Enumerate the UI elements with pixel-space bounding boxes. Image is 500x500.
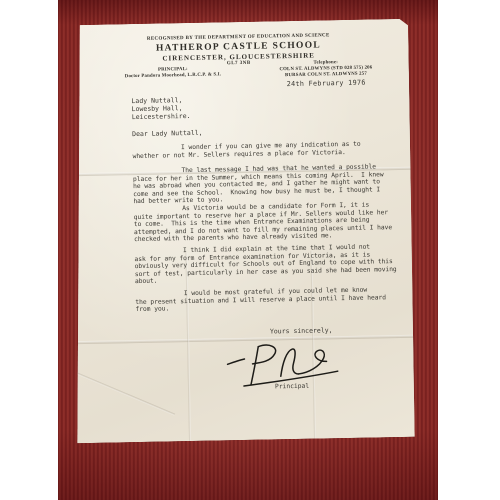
salutation: Dear Lady Nuttall, (132, 129, 203, 138)
body-paragraph-5: I would be most grateful if you could le… (135, 286, 407, 314)
signature-role: Principal (275, 383, 309, 391)
body-paragraph-1: I wonder if you can give me any indicati… (132, 140, 404, 160)
telephone-block: Telephone: COLN ST. ALDWYNS (STD 028 575… (245, 59, 407, 88)
letter-date: 24th February 1976 (245, 79, 407, 88)
photo-frame: RECOGNISED BY THE DEPARTMENT OF EDUCATIO… (0, 0, 500, 500)
body-paragraph-3: As Victoria would be a candidate for For… (134, 201, 407, 244)
body-paragraph-2: The last message I had was that he wante… (133, 163, 406, 206)
body-paragraph-4: I think I did explain at the time that I… (134, 243, 407, 286)
signature-scrawl (224, 340, 355, 388)
fold-crease-diagonal (73, 371, 175, 416)
principal-block: PRINCIPAL: Doctor Pandora Moorhead, L.R.… (93, 66, 253, 81)
recipient-address: Lady Nuttall, Lowesby Hall, Leicestershi… (131, 96, 190, 121)
closing: Yours sincerely, (270, 326, 333, 335)
letter-paper: RECOGNISED BY THE DEPARTMENT OF EDUCATIO… (68, 19, 416, 443)
